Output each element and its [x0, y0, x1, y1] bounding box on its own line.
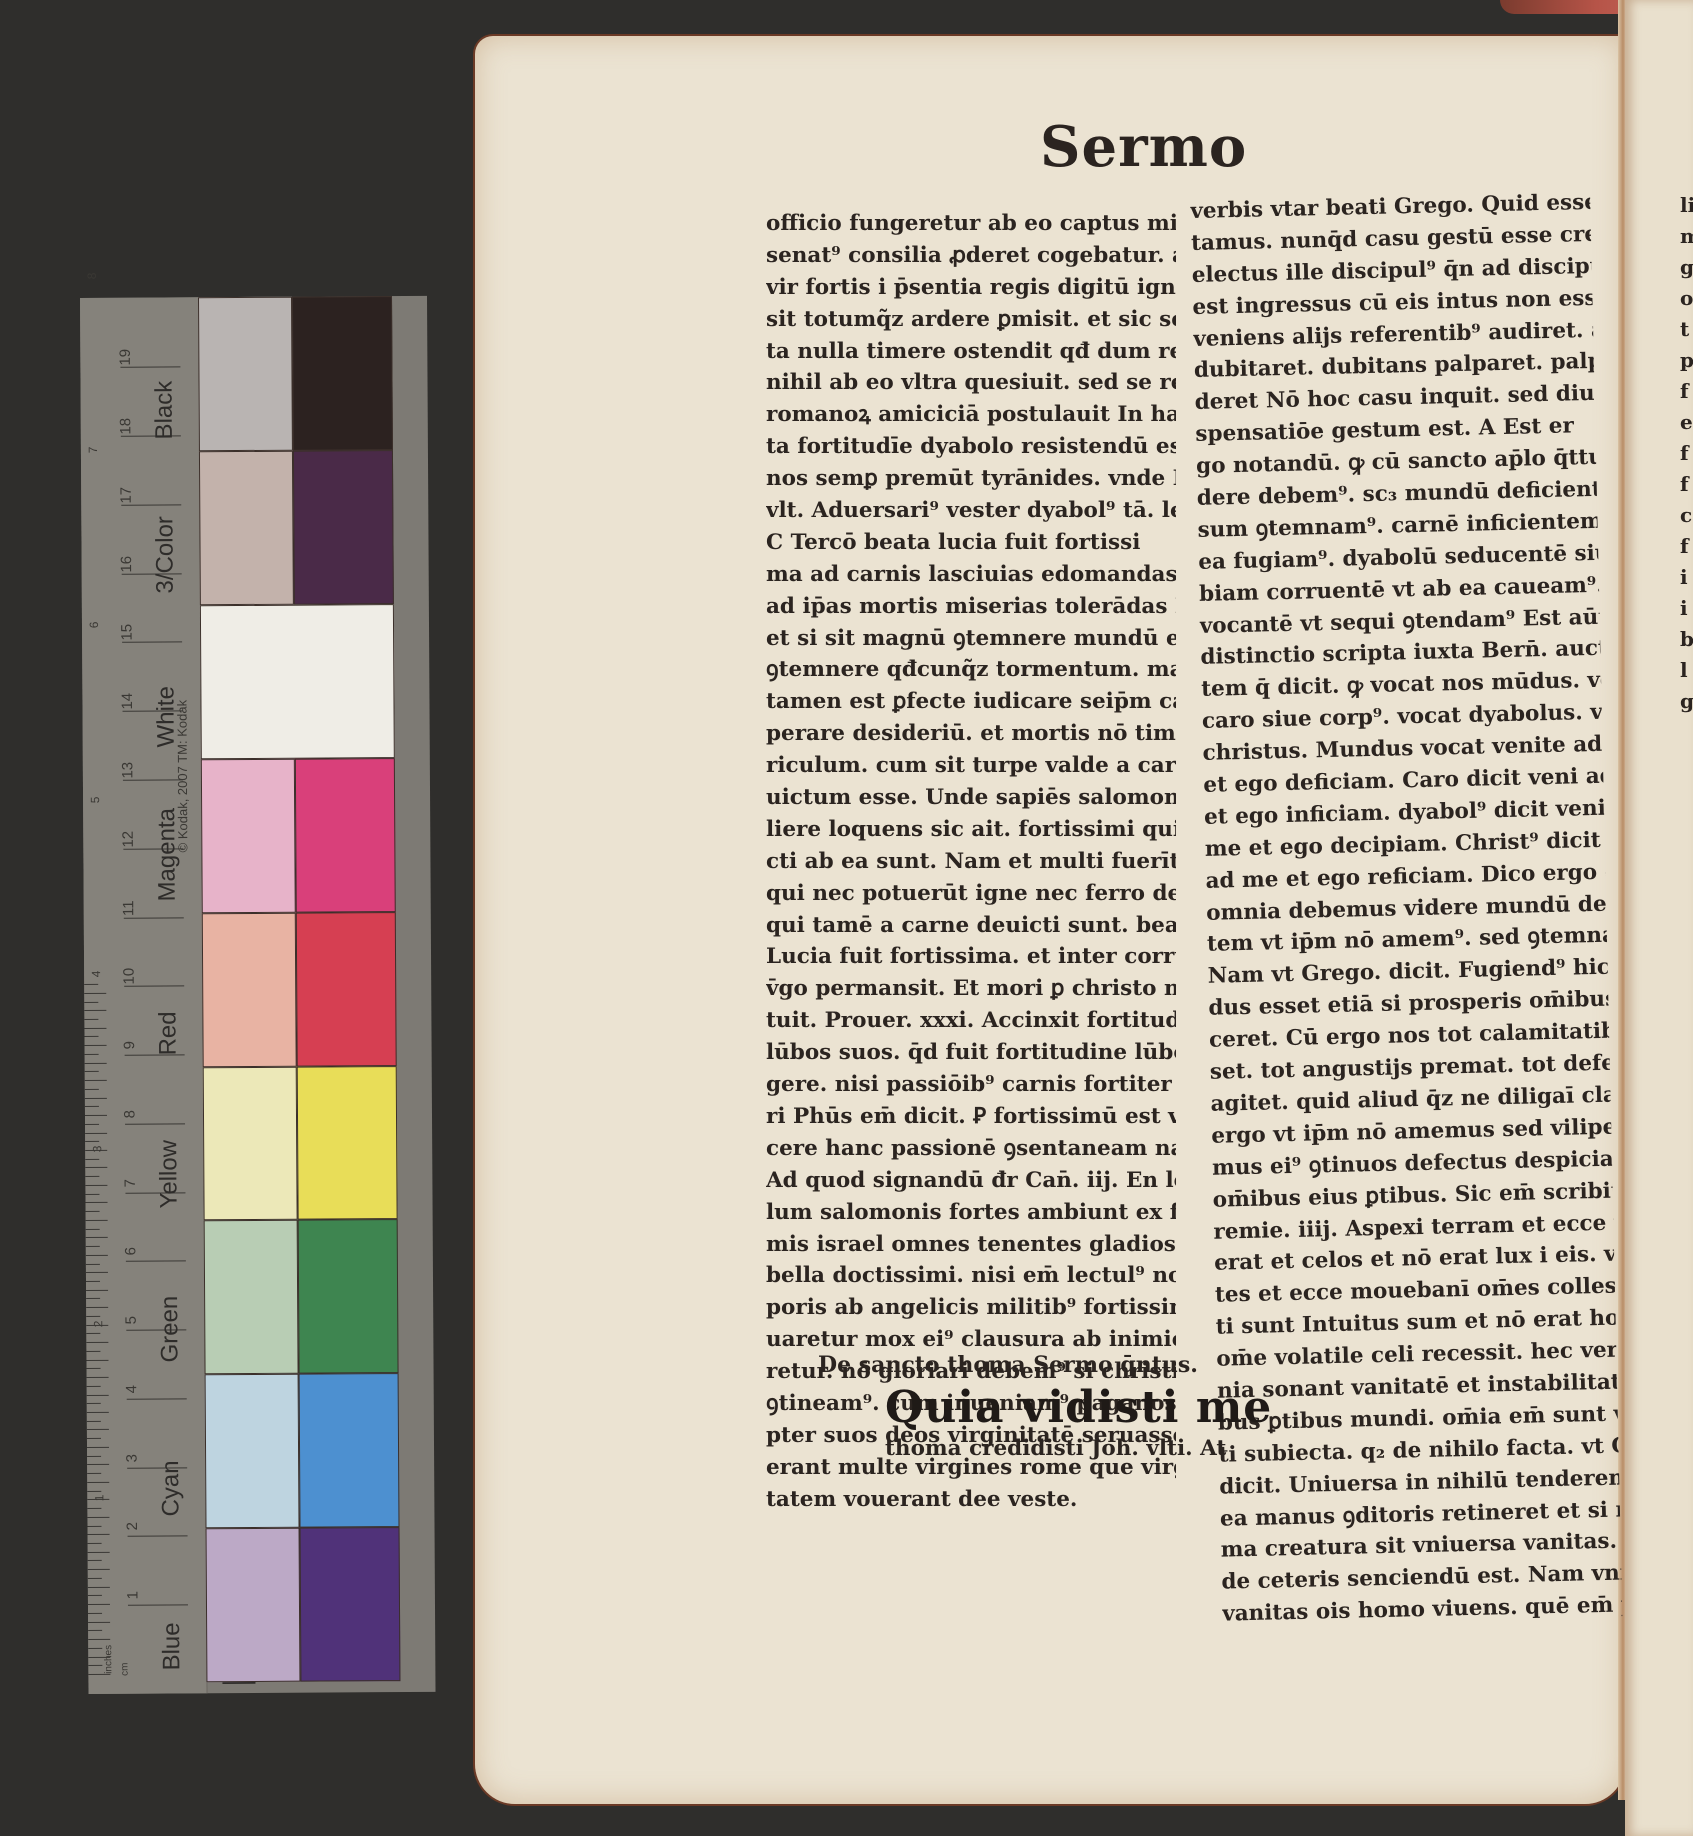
patch-red-light [202, 912, 297, 1066]
patch-label: Black [151, 381, 179, 440]
text-line: poris ab angelicis militib⁹ fortissimis … [766, 1292, 1176, 1324]
patch-black-light [198, 297, 293, 451]
inch-subtick [88, 1569, 110, 1570]
text-line: vlt. Aduersari⁹ vester dyabol⁹ tā. le. ꝛ… [766, 495, 1176, 527]
edge-letter: e [1680, 407, 1693, 438]
cm-label: 19 [117, 343, 134, 373]
text-line: nos semꝑ premūt tyrānides. vnde Pe. [766, 463, 1176, 495]
patch-cyan-light [205, 1374, 300, 1528]
text-line: qui tamē a carne deuicti sunt. beata erg… [766, 910, 1176, 942]
patch-label: 3/Color [151, 516, 179, 594]
text-line: perare desideriū. et mortis nō timere pe [766, 718, 1176, 750]
edge-letter: m [1680, 221, 1693, 252]
inch-subtick [87, 1464, 109, 1465]
inch-label: 5 [88, 789, 102, 809]
inch-subtick [85, 1036, 99, 1037]
edge-letter: f [1680, 531, 1693, 562]
inch-subtick [86, 1220, 108, 1221]
cm-label: 1 [124, 1580, 141, 1610]
inch-subtick [86, 1307, 108, 1308]
patch-green-dark [298, 1220, 399, 1375]
inch-subtick [84, 993, 106, 994]
edge-letter: o [1680, 283, 1693, 314]
inch-subtick [88, 1630, 102, 1631]
patch-yellow-dark [297, 1066, 398, 1221]
patch-3-color-light [199, 451, 294, 605]
inch-subtick [87, 1412, 109, 1413]
patch-magenta-dark [295, 758, 396, 913]
inch-subtick [85, 1185, 107, 1186]
edge-letter: c [1680, 500, 1693, 531]
cm-label: 2 [124, 1512, 141, 1542]
inch-subtick [86, 1246, 100, 1247]
edge-letter: t [1680, 314, 1693, 345]
text-line: ta fortitudīe dyabolo resistendū est. cu… [766, 431, 1176, 463]
text-line: cere hanc passionē ꝯsentaneam nature. [766, 1133, 1176, 1165]
inch-subtick [88, 1552, 110, 1553]
inch-subtick [87, 1517, 109, 1518]
text-line: tatem vouerant dee veste. [766, 1484, 1176, 1516]
inch-subtick [87, 1525, 101, 1526]
inch-subtick [88, 1648, 102, 1649]
inch-subtick [87, 1368, 101, 1369]
inch-subtick [84, 1019, 98, 1020]
inch-subtick [87, 1482, 109, 1483]
patch-label: White [152, 686, 180, 748]
text-line: Ad quod signandū đr Can̄. iij. En lectu [766, 1165, 1176, 1197]
text-line: ta nulla timere ostendit qđ dum rex vidi… [766, 336, 1176, 368]
text-line: bella doctissimi. nisi em̄ lectul⁹ nostr… [766, 1260, 1176, 1292]
inch-label: 7 [86, 440, 100, 460]
cm-label: 13 [119, 755, 136, 785]
text-line: sit totumq̃z ardere ꝑmisit. et sic se to… [766, 304, 1176, 336]
cm-label: 4 [123, 1374, 140, 1404]
patch-blue-dark [300, 1527, 401, 1682]
patch-label: Blue [158, 1623, 186, 1671]
inch-subtick [85, 1097, 107, 1098]
inch-subtick [87, 1447, 109, 1448]
text-line: et si sit magnū ꝯtemnere mundū et mai⁹ [766, 623, 1176, 655]
patch-label: Cyan [157, 1461, 185, 1517]
cm-label: 18 [117, 411, 134, 441]
sermon-first-line: thoma credidisti Joh. vlti. At [885, 1436, 1226, 1461]
text-line: ꝯtemnere qđcunq̃z tormentum. maximū [766, 654, 1176, 686]
cm-label: 7 [122, 1168, 139, 1198]
inch-subtick [85, 1124, 99, 1125]
running-head: Sermo [1040, 114, 1247, 180]
kodak-color-card: 1234567891011121314151617181912345678inc… [80, 296, 436, 1694]
sermon-subtitle: De sancto thoma Sermo q̄ntus. [818, 1352, 1198, 1378]
facing-page-text-edge: limgotpfeffcfiiblg [1680, 190, 1693, 717]
patch-green-light [204, 1220, 299, 1374]
text-line: mis israel omnes tenentes gladios. et ad [766, 1229, 1176, 1261]
inch-subtick [85, 1080, 107, 1081]
inch-subtick [85, 1071, 99, 1072]
inch-subtick [87, 1456, 101, 1457]
cm-label: 5 [123, 1305, 140, 1335]
inch-subtick [88, 1639, 110, 1640]
inch-subtick [87, 1386, 101, 1387]
edge-letter: p [1680, 345, 1693, 376]
inch-subtick [86, 1351, 100, 1352]
inch-subtick [84, 1001, 98, 1002]
inch-subtick [86, 1237, 108, 1238]
inch-subtick [88, 1621, 110, 1622]
inch-subtick [85, 1062, 107, 1063]
inch-subtick [88, 1543, 102, 1544]
edge-letter: g [1680, 252, 1693, 283]
patch-red-dark [296, 912, 397, 1067]
cm-label: 17 [118, 480, 135, 510]
edge-letter: b [1680, 624, 1693, 655]
inch-subtick [86, 1228, 100, 1229]
cm-label: 10 [121, 961, 138, 991]
text-line: ad ip̄as mortis miserias tolerādas Nā [766, 591, 1176, 623]
ruler: 1234567891011121314151617181912345678inc… [80, 297, 208, 1694]
text-line: senat⁹ consilia ꝓderet cogebatur. ac ill… [766, 240, 1176, 272]
inch-subtick [87, 1438, 101, 1439]
cm-label: 12 [120, 824, 137, 854]
text-line: v̄go permansit. Et mori ꝑ christo nō me [766, 973, 1176, 1005]
inch-subtick [87, 1421, 101, 1422]
inch-subtick [85, 1054, 99, 1055]
patch-blue-light [206, 1528, 301, 1682]
edge-letter: i [1680, 593, 1693, 624]
inch-subtick [85, 1176, 99, 1177]
edge-letter: f [1680, 376, 1693, 407]
cm-label: 14 [119, 686, 136, 716]
unit-inches: inches [103, 1645, 114, 1674]
inch-subtick [88, 1560, 102, 1561]
inch-subtick [88, 1534, 110, 1535]
edge-letter: l [1680, 655, 1693, 686]
text-line: uictum esse. Unde sapiēs salomon đ mu [766, 782, 1176, 814]
sermon-incipit: Quia vidisti me [885, 1382, 1272, 1433]
inch-subtick [85, 1194, 99, 1195]
cm-label: 15 [118, 618, 135, 648]
inch-subtick [88, 1674, 110, 1675]
inch-subtick [86, 1281, 100, 1282]
inch-label: 4 [89, 964, 103, 984]
text-line: ma ad carnis lasciuias edomandas. siue [766, 559, 1176, 591]
unit-cm: cm [120, 1663, 131, 1676]
inch-subtick [88, 1665, 102, 1666]
text-line: ri Phūs em̄ dicit. Ꝑ fortissimū est vin [766, 1101, 1176, 1133]
inch-subtick [87, 1508, 101, 1509]
inch-subtick [87, 1429, 109, 1430]
color-patches [198, 296, 436, 1693]
text-line: tuit. Prouer. xxxi. Accinxit fortitudine [766, 1005, 1176, 1037]
inch-subtick [86, 1211, 100, 1212]
inch-subtick [86, 1298, 100, 1299]
inch-subtick [85, 1167, 107, 1168]
inch-subtick [88, 1604, 110, 1605]
text-line: tamen est ꝑfecte iudicare seip̄m carnis … [766, 686, 1176, 718]
inch-subtick [88, 1595, 102, 1596]
inch-subtick [86, 1272, 108, 1273]
edge-letter: f [1680, 438, 1693, 469]
inch-subtick [86, 1255, 108, 1256]
inch-subtick [86, 1263, 100, 1264]
patch-white [200, 604, 395, 759]
cm-label: 3 [123, 1443, 140, 1473]
text-line: cti ab ea sunt. Nam et multi fuerīt sanc… [766, 846, 1176, 878]
inch-subtick [87, 1403, 101, 1404]
inch-label: 6 [87, 615, 101, 635]
patch-cyan-dark [299, 1373, 400, 1528]
patch-black-dark [292, 296, 393, 451]
edge-letter: i [1680, 562, 1693, 593]
inch-subtick [85, 1115, 107, 1116]
patch-magenta-light [201, 758, 296, 912]
text-line: lum salomonis fortes ambiunt ex fortissi [766, 1197, 1176, 1229]
inch-subtick [88, 1586, 110, 1587]
inch-subtick [86, 1342, 108, 1343]
patch-label: Magenta [153, 808, 182, 902]
text-line: C Tercō beata lucia fuit fortissi [766, 527, 1176, 559]
cm-label: 9 [121, 1030, 138, 1060]
inch-subtick [88, 1613, 102, 1614]
inch-label: 1 [92, 1488, 106, 1508]
inch-subtick [87, 1394, 109, 1395]
inch-label: 2 [91, 1314, 105, 1334]
edge-letter: li [1680, 190, 1693, 221]
text-line: vir fortis i p̄sentia regis digitū igni.… [766, 272, 1176, 304]
patch-3-color-dark [293, 450, 394, 605]
inch-subtick [84, 984, 98, 985]
patch-yellow-light [203, 1066, 298, 1220]
edge-letter: f [1680, 469, 1693, 500]
inch-label: 3 [90, 1139, 104, 1159]
text-line: gere. nisi passiōib⁹ carnis fortiter rel… [766, 1069, 1176, 1101]
inch-subtick [85, 1132, 107, 1133]
patch-label: Green [156, 1296, 184, 1363]
inch-subtick [85, 1045, 107, 1046]
inch-subtick [84, 1028, 106, 1029]
text-line: romanoꝝ amiciciā postulauit In hac tā [766, 399, 1176, 431]
inch-subtick [85, 1106, 99, 1107]
left-column: officio fungeretur ab eo captus minis vt… [766, 208, 1176, 1516]
text-line: officio fungeretur ab eo captus minis vt [766, 208, 1176, 240]
text-line: Lucia fuit fortissima. et inter corrupto… [766, 941, 1176, 973]
text-line: liere loquens sic ait. fortissimi quiq̃z… [766, 814, 1176, 846]
text-line: lūbos suos. q̄d fuit fortitudine lūbos c… [766, 1037, 1176, 1069]
inch-subtick [87, 1377, 109, 1378]
inch-subtick [88, 1578, 102, 1579]
text-line: nihil ab eo vltra quesiuit. sed se recip… [766, 367, 1176, 399]
inch-subtick [86, 1359, 108, 1360]
inch-subtick [86, 1290, 108, 1291]
inch-label: 8 [85, 266, 99, 286]
inch-subtick [86, 1202, 108, 1203]
inch-subtick [85, 1089, 99, 1090]
text-line: qui nec potuerūt igne nec ferro deuinci. [766, 878, 1176, 910]
patch-label: Yellow [155, 1140, 183, 1209]
cm-label: 11 [120, 893, 137, 923]
text-line: riculum. cum sit turpe valde a carne de/ [766, 750, 1176, 782]
cm-label: 8 [121, 1099, 138, 1129]
edge-letter: g [1680, 686, 1693, 717]
cm-label: 16 [118, 549, 135, 579]
patch-label: Red [154, 1011, 182, 1055]
cm-label: 6 [122, 1237, 139, 1267]
inch-subtick [84, 1010, 106, 1011]
inch-subtick [87, 1473, 101, 1474]
